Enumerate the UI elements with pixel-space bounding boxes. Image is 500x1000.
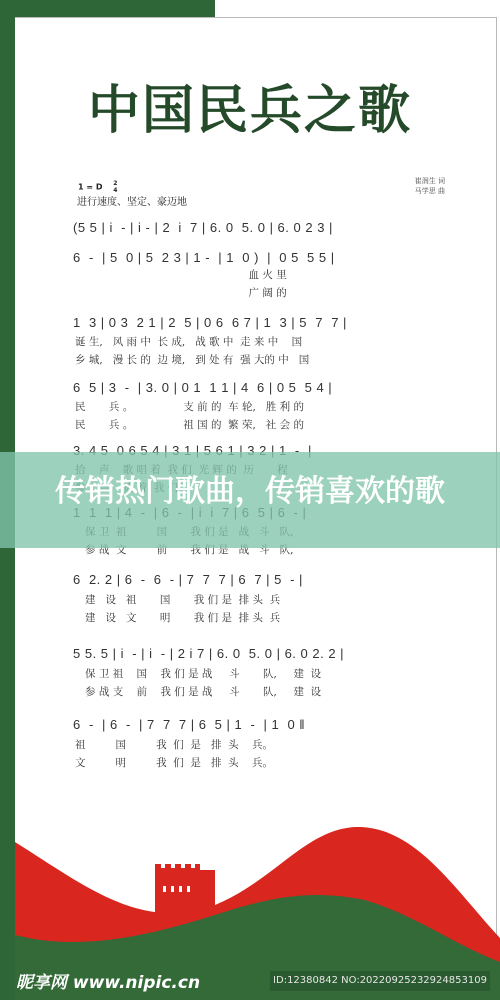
lyric-line: 保 卫 祖 国 我 们 是 战 斗 队, 建 设 — [75, 666, 445, 681]
credits: 崔润生 词 马学思 曲 — [395, 176, 445, 196]
notation-row: 6 - | 6 - | 7 7 7 | 6 5 | 1 - | 1 0 ‖ — [73, 717, 443, 732]
lyric-line: 民 兵 。 支 前 的 车 轮, 胜 利 的 — [75, 399, 445, 414]
lyric-line: 广 阔 的 — [75, 285, 445, 300]
lyric-line: 建 设 文 明 我 们 是 排 头 兵 — [75, 610, 445, 625]
notation-row: 6 - | 5 0 | 5 2 3 | 1 - | 1 0 ) | 0 5 5 … — [73, 250, 443, 265]
composer-credit: 马学思 曲 — [395, 186, 445, 196]
lyric-line: 民 兵 。 祖 国 的 繁 荣, 社 会 的 — [75, 417, 445, 432]
key-signature: 1 = D 2 4 — [78, 180, 117, 194]
notation-row: 6 2. 2 | 6 - 6 - | 7 7 7 | 6 7 | 5 - | — [73, 572, 443, 587]
watchtower-icon — [155, 864, 200, 913]
lyric-line: 参 战 支 前 我 们 是 战 斗 队, 建 设 — [75, 684, 445, 699]
key-label: 1 = D — [78, 183, 102, 192]
notation-row: 1 3 | 0 3 2 1 | 2 5 | 0 6 6 7 | 1 3 | 5 … — [73, 315, 443, 330]
notation-row: 6 5 | 3 - | 3. 0 | 0 1 1 1 | 4 6 | 0 5 5… — [73, 380, 443, 395]
lyric-line: 文 明 我 们 是 排 头 兵。 — [75, 755, 445, 770]
lyric-line: 建 设 祖 国 我 们 是 排 头 兵 — [75, 592, 445, 607]
lyric-line: 诞 生, 风 雨 中 长 成, 战 歌 中 走 来 中 国 — [75, 334, 445, 349]
notation-row: 5 5. 5 | i - | i - | 2 i 7 | 6. 0 5. 0 |… — [73, 646, 443, 661]
frame-top-green-block — [0, 0, 215, 17]
watermark-id: ID:12380842 NO:20220925232924853109 — [270, 971, 490, 991]
watermark-site: 昵享网 www.nipic.cn — [16, 968, 200, 993]
tempo-marking: 进行速度、坚定、豪迈地 — [77, 193, 187, 208]
lyric-line: 血 火 里 — [75, 267, 445, 282]
poster-title: 中国民兵之歌 — [0, 68, 500, 143]
time-signature: 2 4 — [113, 180, 117, 194]
lyric-line: 祖 国 我 们 是 排 头 兵。 — [75, 737, 445, 752]
lyric-line: 乡 城, 漫 长 的 边 境, 到 处 有 强 大的 中 国 — [75, 352, 445, 367]
notation-row: (5 5 | i - | i - | 2 i 7 | 6. 0 5. 0 | 6… — [73, 220, 443, 235]
banner-title: 传销热门歌曲，传销喜欢的歌 — [0, 466, 500, 510]
lyricist-credit: 崔润生 词 — [395, 176, 445, 186]
